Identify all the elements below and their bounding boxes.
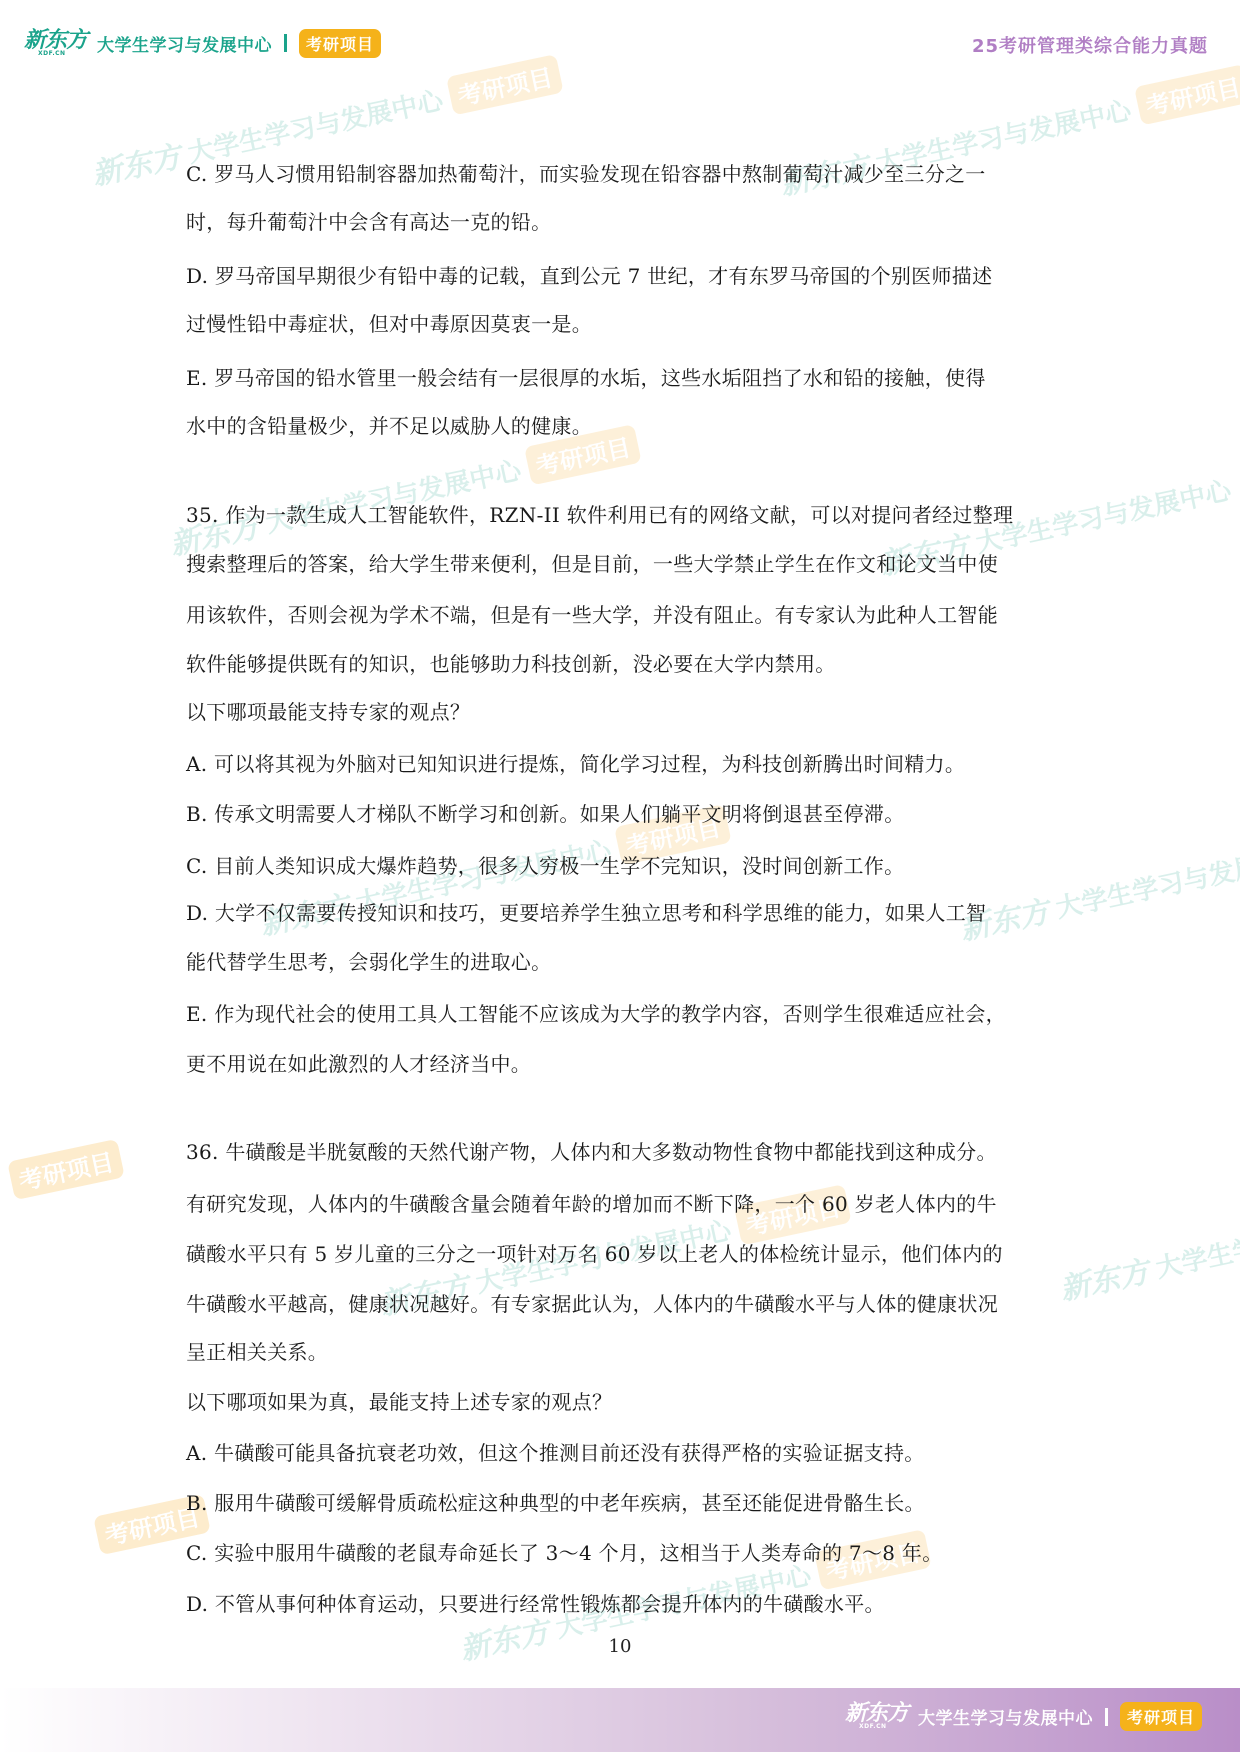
kaoyan-badge: 考研项目 [1120, 1702, 1202, 1731]
q35-prompt: 以下哪项最能支持专家的观点？ [186, 698, 470, 726]
watermark-badge: 考研项目 [446, 54, 564, 115]
xdf-logo: 新东方 XDF.CN [24, 30, 87, 57]
logo-main-text: 新东方 [845, 1703, 908, 1725]
separator [284, 34, 287, 52]
watermark: 新东方 大学生学习与发展中心 考研项目 [165, 421, 642, 563]
q35-option-d-line-2: 能代替学生思考，会弱化学生的进取心。 [186, 948, 551, 976]
separator [1105, 1708, 1108, 1726]
watermark-badge: 考研项目 [1134, 64, 1240, 125]
center-name: 大学生学习与发展中心 [97, 31, 272, 56]
watermark: 新东方 大学生学习与发展中心 [955, 831, 1240, 948]
q36-stem-line-1: 36. 牛磺酸是半胱氨酸的天然代谢产物，人体内和大多数动物性食物中都能找到这种成… [186, 1138, 997, 1166]
q35-option-c: C. 目前人类知识成大爆炸趋势，很多人穷极一生学不完知识，没时间创新工作。 [186, 852, 904, 880]
q34-option-c-line-2: 时，每升葡萄汁中会含有高达一克的铅。 [186, 208, 551, 236]
q36-option-b: B. 服用牛磺酸可缓解骨质疏松症这种典型的中老年疾病，甚至还能促进骨骼生长。 [186, 1489, 925, 1517]
watermark-badge: 考研项目 [7, 1139, 125, 1200]
xdf-logo: 新东方 XDF.CN [845, 1703, 908, 1730]
q36-prompt: 以下哪项如果为真，最能支持上述专家的观点？ [186, 1388, 612, 1416]
q36-stem-line-3: 磺酸水平只有 5 岁儿童的三分之一项针对万名 60 岁以上老人的体检统计显示，他… [186, 1240, 1003, 1268]
q35-option-a: A. 可以将其视为外脑对已知知识进行提炼，简化学习过程，为科技创新腾出时间精力。 [186, 750, 965, 778]
q36-option-c: C. 实验中服用牛磺酸的老鼠寿命延长了 3～4 个月，这相当于人类寿命的 7～8… [186, 1539, 943, 1567]
q35-option-e-line-1: E. 作为现代社会的使用工具人工智能不应该成为大学的教学内容，否则学生很难适应社… [186, 1000, 1006, 1028]
logo-sub-text: XDF.CN [859, 1724, 887, 1730]
logo-main-text: 新东方 [24, 30, 87, 52]
q35-option-d-line-1: D. 大学不仅需要传授知识和技巧，更要培养学生独立思考和科学思维的能力，如果人工… [186, 899, 986, 927]
q34-option-c-line-1: C. 罗马人习惯用铅制容器加热葡萄汁，而实验发现在铅容器中熬制葡萄汁减少至三分之… [186, 160, 986, 188]
header-brand: 新东方 XDF.CN 大学生学习与发展中心 考研项目 [24, 26, 381, 60]
center-name: 大学生学习与发展中心 [918, 1704, 1093, 1729]
q34-option-d-line-1: D. 罗马帝国早期很少有铅中毒的记载，直到公元 7 世纪，才有东罗马帝国的个别医… [186, 262, 992, 290]
footer-bar: 新东方 XDF.CN 大学生学习与发展中心 考研项目 [0, 1688, 1240, 1752]
q35-option-b: B. 传承文明需要人才梯队不断学习和创新。如果人们躺平文明将倒退甚至停滞。 [186, 800, 905, 828]
q36-stem-line-2: 有研究发现，人体内的牛磺酸含量会随着年龄的增加而不断下降，一个 60 岁老人体内… [186, 1190, 997, 1218]
q34-option-e-line-1: E. 罗马帝国的铅水管里一般会结有一层很厚的水垢，这些水垢阻挡了水和铅的接触，使… [186, 364, 986, 392]
q35-stem-line-2: 搜索整理后的答案，给大学生带来便利，但是目前，一些大学禁止学生在作文和论文当中使 [186, 550, 998, 578]
logo-sub-text: XDF.CN [38, 51, 66, 57]
watermark: 新东方 大学生学习与发展中心 [1055, 1191, 1240, 1308]
watermark-logo: 新东方 [1055, 1247, 1152, 1309]
q35-option-e-line-2: 更不用说在如此激烈的人才经济当中。 [186, 1050, 531, 1078]
q35-stem-line-1: 35. 作为一款生成人工智能软件，RZN-II 软件利用已有的网络文献，可以对提… [186, 501, 1013, 529]
watermark-logo: 新东方 [87, 132, 184, 194]
document-title: 25考研管理类综合能力真题 [972, 32, 1208, 58]
watermark-text: 大学生学习与发展中心 [1152, 1194, 1240, 1284]
q36-option-a: A. 牛磺酸可能具备抗衰老功效，但这个推测目前还没有获得严格的实验证据支持。 [186, 1439, 925, 1467]
watermark-text: 大学生学习与发展中心 [184, 79, 446, 169]
q36-stem-line-4: 牛磺酸水平越高，健康状况越好。有专家据此认为，人体内的牛磺酸水平与人体的健康状况 [186, 1290, 998, 1318]
q35-stem-line-4: 软件能够提供既有的知识，也能够助力科技创新，没必要在大学内禁用。 [186, 650, 836, 678]
q34-option-e-line-2: 水中的含铅量极少，并不足以威胁人的健康。 [186, 412, 592, 440]
q36-stem-line-5: 呈正相关关系。 [186, 1338, 328, 1366]
q34-option-d-line-2: 过慢性铅中毒症状，但对中毒原因莫衷一是。 [186, 310, 592, 338]
page-number: 10 [0, 1636, 1240, 1657]
footer-brand: 新东方 XDF.CN 大学生学习与发展中心 考研项目 [845, 1702, 1202, 1731]
q36-option-d: D. 不管从事何种体育运动，只要进行经常性锻炼都会提升体内的牛磺酸水平。 [186, 1590, 885, 1618]
q35-stem-line-3: 用该软件，否则会视为学术不端，但是有一些大学，并没有阻止。有专家认为此种人工智能 [186, 601, 998, 629]
kaoyan-badge: 考研项目 [299, 29, 381, 58]
watermark-text: 大学生学习与发展中心 [1052, 834, 1240, 924]
